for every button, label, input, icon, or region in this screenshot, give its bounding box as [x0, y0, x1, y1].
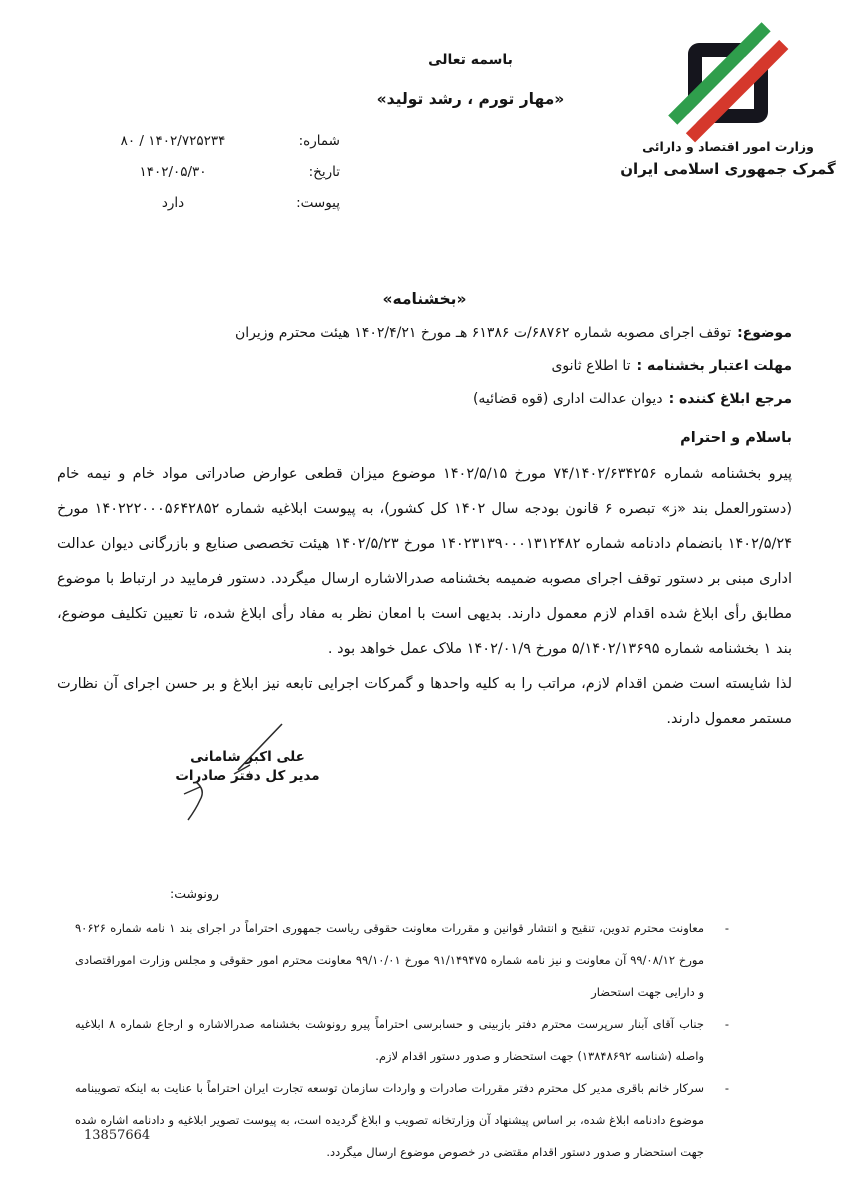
- organization-name: گمرک جمهوری اسلامی ایران: [618, 160, 838, 178]
- date-field-value: ۱۴۰۲/۰۵/۳۰: [78, 164, 268, 180]
- circular-heading: «بخشنامه»: [0, 290, 849, 308]
- cc-dash-bullet: -: [725, 1008, 729, 1040]
- attachment-field-label: پیوست:: [268, 195, 340, 211]
- logo-flag-band: [668, 22, 790, 144]
- cc-heading: رونوشت:: [170, 886, 219, 901]
- subject-line: موضوع:توقف اجرای مصوبه شماره ۶۸۷۶۲/ت ۶۱۳…: [57, 322, 792, 345]
- date-field: تاریخ: ۱۴۰۲/۰۵/۳۰: [78, 164, 340, 180]
- cc-list: - معاونت محترم تدوین، تنقیح و انتشار قوا…: [75, 912, 731, 1168]
- cc-item: - جناب آقای آبنار سرپرست محترم دفتر بازب…: [75, 1008, 731, 1072]
- ministry-name: وزارت امور اقتصاد و دارائی: [618, 139, 838, 154]
- salutation-text: باسلام و احترام: [680, 430, 792, 446]
- issuer-line: مرجع ابلاغ کننده :دیوان عدالت اداری (قوه…: [57, 388, 792, 411]
- issuer-label: مرجع ابلاغ کننده :: [669, 391, 792, 407]
- cc-item-text: معاونت محترم تدوین، تنقیح و انتشار قوانی…: [75, 921, 704, 999]
- validity-line: مهلت اعتبار بخشنامه :تا اطلاع ثانوی: [57, 355, 792, 378]
- subject-label: موضوع:: [737, 325, 792, 341]
- subject-block: موضوع:توقف اجرای مصوبه شماره ۶۸۷۶۲/ت ۶۱۳…: [57, 322, 792, 421]
- attachment-field: پیوست: دارد: [78, 195, 340, 211]
- cc-item: - معاونت محترم تدوین، تنقیح و انتشار قوا…: [75, 912, 731, 1008]
- number-field-value: ۸۰ / ۱۴۰۲/۷۲۵۲۳۴: [78, 133, 268, 149]
- date-field-label: تاریخ:: [268, 164, 340, 180]
- cc-item: - سرکار خانم باقری مدیر کل محترم دفتر مق…: [75, 1072, 731, 1168]
- validity-label: مهلت اعتبار بخشنامه :: [637, 358, 793, 374]
- attachment-field-value: دارد: [78, 195, 268, 211]
- letterhead: وزارت امور اقتصاد و دارائی گمرک جمهوری ا…: [618, 34, 838, 178]
- signature-block: علی اکبر شامانی مدیر کل دفتر صادرات: [130, 720, 365, 786]
- issuer-text: دیوان عدالت اداری (قوه قضائیه): [473, 391, 663, 407]
- letter-meta-fields: شماره: ۸۰ / ۱۴۰۲/۷۲۵۲۳۴ تاریخ: ۱۴۰۲/۰۵/۳…: [78, 133, 340, 226]
- number-field: شماره: ۸۰ / ۱۴۰۲/۷۲۵۲۳۴: [78, 133, 340, 149]
- cc-item-text: سرکار خانم باقری مدیر کل محترم دفتر مقرر…: [75, 1081, 704, 1159]
- cc-dash-bullet: -: [725, 912, 729, 944]
- cc-item-text: جناب آقای آبنار سرپرست محترم دفتر بازبین…: [75, 1017, 704, 1063]
- letter-body: پیرو بخشنامه شماره ۷۴/۱۴۰۲/۶۳۴۲۵۶ مورخ ۱…: [57, 457, 792, 737]
- subject-text: توقف اجرای مصوبه شماره ۶۸۷۶۲/ت ۶۱۳۸۶ هـ …: [235, 325, 731, 341]
- validity-text: تا اطلاع ثانوی: [551, 358, 630, 374]
- number-field-label: شماره:: [268, 133, 340, 149]
- footer-reference-number: 13857664: [84, 1128, 150, 1143]
- body-paragraph-1: پیرو بخشنامه شماره ۷۴/۱۴۰۲/۶۳۴۲۵۶ مورخ ۱…: [57, 457, 792, 667]
- handwritten-signature-scribble: [130, 720, 365, 830]
- customs-logo-icon: [679, 34, 777, 132]
- circular-letter-document: باسمه تعالی «مهار تورم ، رشد تولید» وزار…: [0, 0, 849, 1200]
- cc-dash-bullet: -: [725, 1072, 729, 1104]
